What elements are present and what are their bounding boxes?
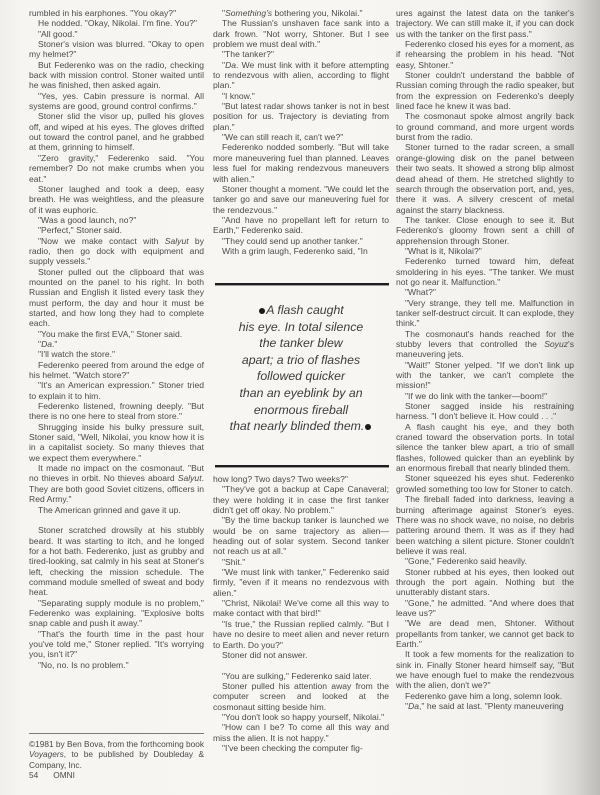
paragraph: Stoner sagged inside his restraining har… [396,401,574,422]
paragraph: "It's an American expression." Stoner tr… [29,380,204,401]
paragraph: Stoner did not answer. [213,650,389,660]
paragraph: Federenko listened, frowning deeply. "Bu… [29,401,204,422]
paragraph: "And have no propellant left for return … [213,215,389,236]
paragraph: It made no impact on the cosmonaut. "But… [29,463,204,504]
page-folio: 54 OMNI [29,770,75,780]
paragraph: Stoner squeezed his eyes shut. Federenko… [396,473,574,494]
paragraph: "You make the first EVA," Stoner said. [29,329,204,339]
paragraph: "What is it, Nikolai?" [396,246,574,256]
paragraph: rumbled in his earphones. "You okay?" [29,8,204,18]
page-number: 54 [29,770,38,780]
paragraph: ures against the latest data on the tank… [396,8,574,39]
text-column-3: ures against the latest data on the tank… [396,8,574,711]
paragraph: "Separating supply module is no problem,… [29,598,204,629]
paragraph: "But latest radar shows tanker is not in… [213,101,389,132]
paragraph: "That's the fourth time in the past hour… [29,629,204,660]
copyright-credit: ©1981 by Ben Bova, from the forthcoming … [29,739,204,770]
paragraph: "I'll watch the store." [29,349,204,359]
text-column-1: rumbled in his earphones. "You okay?"He … [29,8,204,670]
paragraph: "By the time backup tanker is launched w… [213,515,389,556]
paragraph: "Was a good launch, no?" [29,215,204,225]
paragraph: "Shit." [213,557,389,567]
paragraph: "All good." [29,29,204,39]
paragraph: "You don't look so happy yourself, Nikol… [213,712,389,722]
paragraph: Stoner turned to the radar screen, a sma… [396,142,574,214]
paragraph: Federenko gave him a long, solemn look. [396,691,574,701]
paragraph: "Christ, Nikolai! We've come all this wa… [213,598,389,619]
paragraph: "What?" [396,287,574,297]
paragraph: Stoner thought a moment. "We could let t… [213,184,389,215]
paragraph: "The tanker?" [213,49,389,59]
paragraph: Stoner's vision was blurred. "Okay to op… [29,39,204,60]
paragraph: The tanker. Close enough to see it. But … [396,215,574,246]
paragraph: "Gone," he admitted. "And where does tha… [396,598,574,619]
paragraph: "We must link with tanker," Federenko sa… [213,567,389,598]
paragraph: The fireball faded into darkness, leavin… [396,494,574,556]
paragraph: With a grim laugh, Federenko said, "In [213,246,389,256]
paragraph: Stoner pulled his attention away from th… [213,681,389,712]
magazine-page: rumbled in his earphones. "You okay?"He … [0,0,600,795]
pull-quote-line-3: the tanker blew [213,335,389,352]
pull-quote-bottom-rule [215,465,389,468]
paragraph: "Now we make contact with Salyut by radi… [29,236,204,267]
paragraph: "I know." [213,91,389,101]
close-bullet-icon [365,424,371,430]
paragraph: "You are sulking," Federenko said later. [213,671,389,681]
paragraph: Federenko turned toward him, defeat smol… [396,256,574,287]
paragraph: "Something's bothering you, Nikolai." [213,8,389,18]
paragraph: "Da." [29,339,204,349]
paragraph: Stoner scratched drowsily at his stubbly… [29,525,204,597]
paragraph: "We are dead men, Shtoner. Without prope… [396,618,574,649]
pull-quote-line-6: than an eyeblink by an [213,385,389,402]
pull-quote-line-2: his eye. In total silence [213,319,389,336]
text-column-2-bottom: how long? Two days? Two weeks?""They've … [213,474,389,753]
paragraph: "We can still reach it, can't we?" [213,132,389,142]
magazine-name: OMNI [53,770,75,780]
credit-divider [29,733,204,734]
paragraph: "Wait!" Stoner yelped. "If we don't link… [396,360,574,391]
paragraph: "Zero gravity," Federenko said. "You rem… [29,153,204,184]
paragraph: Stoner pulled out the clipboard that was… [29,267,204,329]
pull-quote-top-rule [215,283,389,286]
text-column-2-top: "Something's bothering you, Nikolai."The… [213,8,389,256]
paragraph: "I've been checking the computer fig- [213,743,389,753]
paragraph: Stoner rubbed at his eyes, then looked o… [396,567,574,598]
paragraph: Stoner laughed and took a deep, easy bre… [29,184,204,215]
paragraph: Federenko peered from around the edge of… [29,360,204,381]
paragraph: The Russian's unshaven face sank into a … [213,18,389,49]
paragraph: Stoner slid the visor up, pulled his glo… [29,111,204,152]
pull-quote-line-4: apart; a trio of flashes [213,352,389,369]
paragraph: "Very strange, they tell me. Malfunction… [396,298,574,329]
paragraph: "Da," he said at last. "Plenty maneuveri… [396,701,574,711]
paragraph: "Yes, yes. Cabin pressure is normal. All… [29,91,204,112]
paragraph: "If we do link with the tanker—boom!" [396,391,574,401]
open-bullet-icon [259,308,265,314]
paragraph: "Da. We must link with it before attempt… [213,60,389,91]
paragraph: "They've got a backup at Cape Canaveral;… [213,484,389,515]
paragraph: Shrugging inside his bulky pressure suit… [29,422,204,463]
paragraph: The cosmonaut spoke almost angrily back … [396,111,574,142]
paragraph: Federenko closed his eyes for a moment, … [396,39,574,70]
paragraph: The cosmonaut's hands reached for the st… [396,329,574,360]
paragraph: how long? Two days? Two weeks?" [213,474,389,484]
paragraph: But Federenko was on the radio, checking… [29,60,204,91]
paragraph: He nodded. "Okay, Nikolai. I'm fine. You… [29,18,204,28]
paragraph: "Gone," Federenko said heavily. [396,556,574,566]
pull-quote: A flash caught his eye. In total silence… [213,302,389,435]
paragraph: "Perfect," Stoner said. [29,225,204,235]
paragraph: "No, no. Is no problem." [29,660,204,670]
paragraph: The American grinned and gave it up. [29,505,204,515]
paragraph: "Is true," the Russian replied calmly. "… [213,619,389,650]
pull-quote-line-1: A flash caught [213,302,389,319]
pull-quote-line-8: that nearly blinded them. [213,418,389,435]
paragraph: "They could send up another tanker." [213,236,389,246]
paragraph: "How can I be? To come all this way and … [213,722,389,743]
paragraph: Federenko nodded somberly. "But will tak… [213,142,389,183]
paragraph: A flash caught his eye, and they both cr… [396,422,574,474]
pull-quote-line-5: followed quicker [213,368,389,385]
paragraph: It took a few moments for the realizatio… [396,649,574,690]
paragraph: Stoner couldn't understand the babble of… [396,70,574,111]
pull-quote-line-7: enormous fireball [213,402,389,419]
